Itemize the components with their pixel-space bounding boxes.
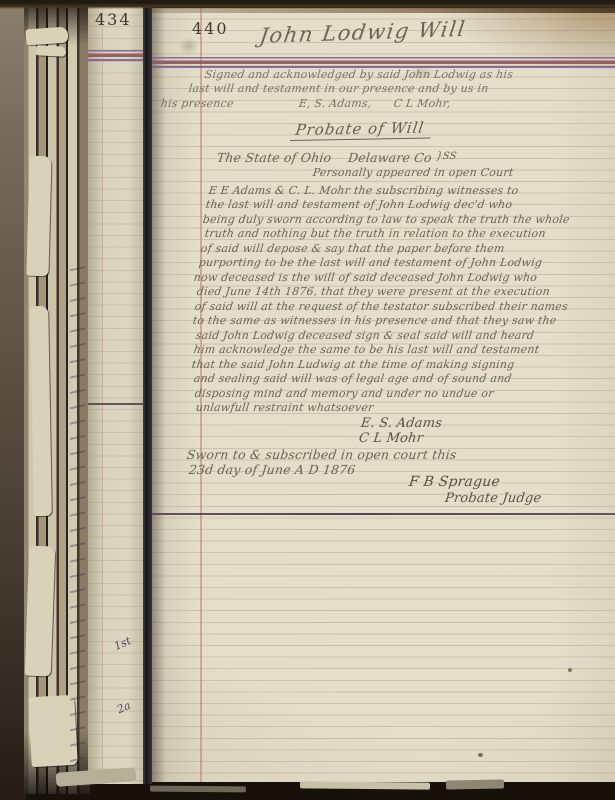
venue-text: The State of Ohio Delaware Co: [216, 150, 437, 165]
judge-signature: F B Sprague: [408, 474, 501, 490]
gutter-shadow: [152, 8, 166, 782]
judge-title: Probate Judge: [444, 491, 542, 506]
venue-ss: }SS: [435, 151, 457, 162]
body-line: of said will at the request of the testa…: [194, 300, 569, 313]
body-line: truth and nothing but the truth in relat…: [204, 227, 546, 240]
torn-paper-piece: [25, 546, 56, 677]
entry-end-rule: [152, 513, 615, 515]
attestation-line: his presence: [160, 97, 234, 110]
body-line: being duly sworn according to law to spe…: [202, 213, 570, 226]
jurat-line: Sworn to & subscribed in open court this: [186, 447, 457, 462]
speck: [568, 668, 572, 672]
torn-paper-piece: [36, 45, 66, 57]
body-line: disposing mind and memory and under no u…: [194, 387, 494, 400]
body-line: purporting to be the last will and testa…: [198, 256, 543, 269]
body-line: now deceased is the will of said decease…: [193, 271, 538, 284]
body-line: the last will and testament of John Lodw…: [205, 198, 513, 211]
left-page-number: 434: [95, 10, 132, 29]
body-line: to the same as witnesses in his presence…: [192, 314, 557, 327]
appeared-line: Personally appeared in open Court: [312, 166, 514, 179]
margin-annotation: 1st: [112, 634, 133, 653]
jurat-line: 23d day of June A D 1876: [188, 462, 356, 477]
witness-signature: E. S. Adams: [360, 416, 443, 431]
margin-annotation: 2a: [115, 699, 133, 716]
edge-writing-marks: [70, 256, 85, 776]
witness-signature: C L Mohr: [358, 431, 424, 446]
body-line: of said will depose & say that the paper…: [200, 242, 505, 255]
torn-paper-piece: [26, 156, 51, 277]
left-page-margin-line: [102, 4, 103, 784]
bottom-page-edge-bit: [300, 781, 430, 789]
speck: [478, 753, 483, 757]
left-page-entry-rule: [88, 403, 144, 405]
body-line: unlawfull restraint whatsoever: [195, 401, 374, 414]
header-rule: [152, 57, 615, 68]
attestation-witnesses: E, S. Adams, C L Mohr,: [298, 97, 451, 110]
body-line: said John Lodwig deceased sign & seal sa…: [195, 329, 535, 342]
torn-paper-piece: [30, 306, 52, 516]
book-top-edge: [0, 0, 615, 9]
venue-line: The State of Ohio Delaware Co }SS: [216, 150, 457, 165]
probate-heading: Probate of Will: [290, 119, 434, 141]
attestation-line: Signed and acknowledged by said John Lod…: [204, 68, 514, 81]
bottom-page-edge-bit: [150, 786, 246, 793]
body-line: him acknowledge the same to be his last …: [193, 343, 540, 356]
body-line: and sealing said will was of legal age a…: [193, 372, 512, 385]
body-line: E E Adams & C. L. Mohr the subscribing w…: [208, 184, 519, 197]
page-gutter-edge: [143, 4, 152, 784]
right-page: 440 John Lodwig Will Signed and acknowle…: [152, 8, 615, 782]
torn-page-edges: [24, 6, 90, 794]
body-line: that the said John Ludwig at the time of…: [191, 358, 515, 371]
torn-paper-piece: [25, 27, 68, 46]
right-page-number: 440: [192, 19, 229, 38]
record-book-photo: 434 1st 2a 440 John Lodwig Will Signed a…: [0, 0, 615, 800]
bottom-page-edge-bit: [446, 779, 504, 789]
left-page-edge: 434 1st 2a: [88, 4, 144, 784]
left-page-header-rule: [88, 50, 144, 61]
book-binding: [0, 0, 26, 800]
attestation-line: last will and testament in our presence …: [188, 82, 489, 95]
body-line: died June 14th 1876, that they were pres…: [196, 285, 551, 298]
